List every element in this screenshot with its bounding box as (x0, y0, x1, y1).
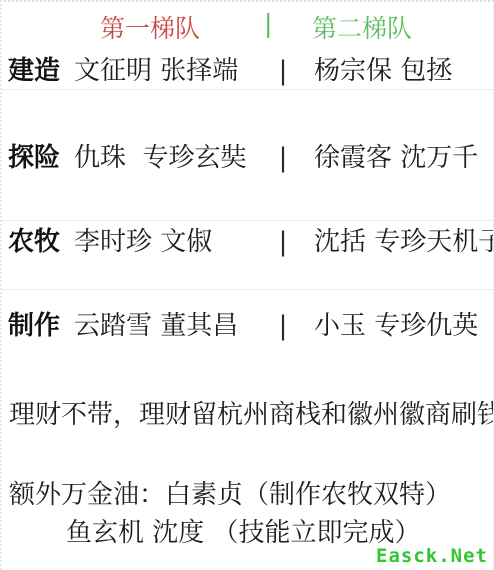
category-label: 制作 (8, 309, 74, 343)
row-divider (2, 220, 493, 221)
tier2-names: 小玉 专珍仇英 (300, 309, 493, 343)
row-divider (2, 89, 493, 90)
row-separator: | (266, 141, 300, 175)
header-separator: | (264, 9, 272, 38)
category-label: 农牧 (8, 225, 74, 259)
tier-header-row: 第一梯队 | 第二梯队 (2, 9, 493, 41)
tier1-names: 云踏雪 董其昌 (74, 309, 266, 343)
extra-allrounder-note-line2: 鱼玄机 沈度 （技能立即完成） (66, 516, 421, 550)
tier2-names: 沈括 专珍天机子 (300, 225, 494, 259)
table-row-construction: 建造 文征明 张择端 | 杨宗保 包拯 (8, 54, 493, 88)
table-row-farming: 农牧 李时珍 文俶 | 沈括 专珍天机子 (8, 225, 493, 259)
row-separator: | (266, 225, 300, 259)
tier1-names: 李时珍 文俶 (74, 225, 266, 259)
row-divider (2, 289, 493, 290)
tier2-heading: 第二梯队 (312, 9, 412, 45)
table-row-crafting: 制作 云踏雪 董其昌 | 小玉 专珍仇英 (8, 309, 493, 343)
tier1-names: 文征明 张择端 (74, 54, 266, 88)
tier1-names: 仇珠 专珍玄奘 (74, 141, 266, 175)
table-row-exploration: 探险 仇珠 专珍玄奘 | 徐霞客 沈万千 (8, 141, 493, 175)
tier1-heading: 第一梯队 (100, 9, 200, 45)
tier-list-document: 第一梯队 | 第二梯队 建造 文征明 张择端 | 杨宗保 包拯 探险 仇珠 专珍… (0, 0, 494, 570)
category-label: 建造 (8, 54, 74, 88)
row-separator: | (266, 309, 300, 343)
finance-note: 理财不带，理财留杭州商栈和徽州徽商刷钱 (9, 398, 494, 432)
category-label: 探险 (8, 141, 74, 175)
row-separator: | (266, 54, 300, 88)
extra-allrounder-note-line1: 额外万金油：白素贞（制作农牧双特） (9, 478, 451, 512)
tier2-names: 杨宗保 包拯 (300, 54, 493, 88)
tier2-names: 徐霞客 沈万千 (300, 141, 493, 175)
site-watermark: Easck.Net (376, 545, 488, 567)
